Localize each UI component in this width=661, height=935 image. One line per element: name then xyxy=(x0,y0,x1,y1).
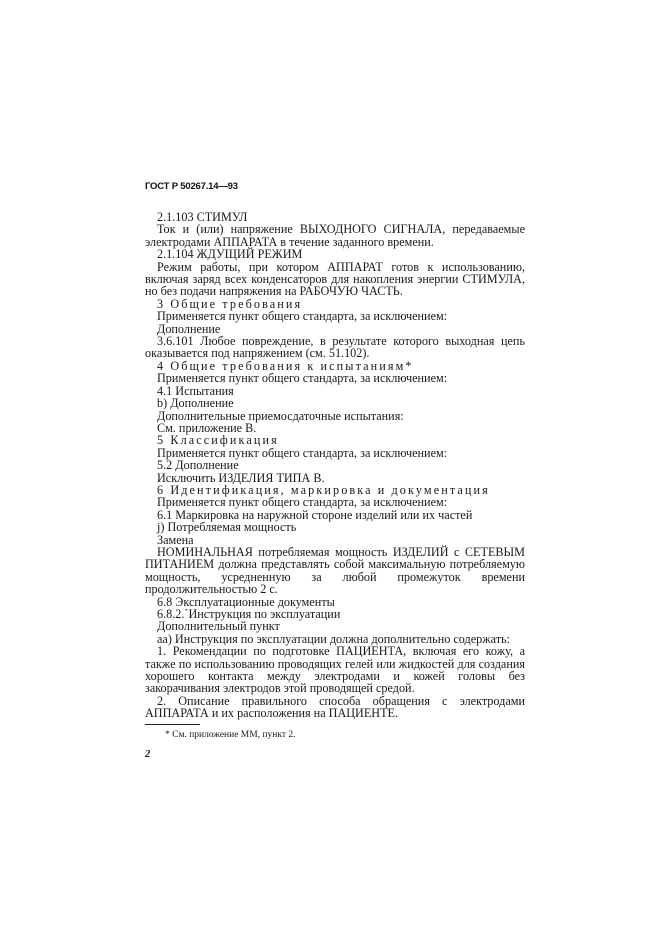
paragraph: Ток и (или) напряжение ВЫХОДНОГО СИГНАЛА… xyxy=(145,223,525,248)
paragraph: Применяется пункт общего стандарта, за и… xyxy=(145,310,525,322)
document-header: ГОСТ Р 50267.14—93 xyxy=(145,181,525,192)
footnote: * См. приложение ММ, пункт 2. xyxy=(145,729,525,741)
paragraph: НОМИНАЛЬНАЯ потребляемая мощность ИЗДЕЛИ… xyxy=(145,546,525,596)
paragraph: Применяется пункт общего стандарта, за и… xyxy=(145,496,525,508)
paragraph: Режим работы, при котором АППАРАТ готов … xyxy=(145,261,525,298)
page-number: 2 xyxy=(145,749,525,760)
paragraph: b) Дополнение xyxy=(145,397,525,409)
paragraph: 3.6.101 Любое повреждение, в результате … xyxy=(145,335,525,360)
paragraph: 1. Рекомендации по подготовке ПАЦИЕНТА, … xyxy=(145,645,525,695)
document-page: ГОСТ Р 50267.14—93 2.1.103 СТИМУЛТок и (… xyxy=(145,181,525,760)
paragraph: Дополнительный пункт xyxy=(145,620,525,632)
paragraph: 2. Описание правильного способа обращени… xyxy=(145,695,525,720)
paragraph: j) Потребляемая мощность xyxy=(145,521,525,533)
paragraph: 5.2 Дополнение xyxy=(145,459,525,471)
footnote-separator xyxy=(145,724,200,725)
paragraph: Применяется пункт общего стандарта, за и… xyxy=(145,372,525,384)
paragraph: 5 Классификация xyxy=(145,434,525,446)
paragraph: 2.1.104 ЖДУЩИЙ РЕЖИМ xyxy=(145,248,525,260)
document-body: 2.1.103 СТИМУЛТок и (или) напряжение ВЫХ… xyxy=(145,211,525,720)
